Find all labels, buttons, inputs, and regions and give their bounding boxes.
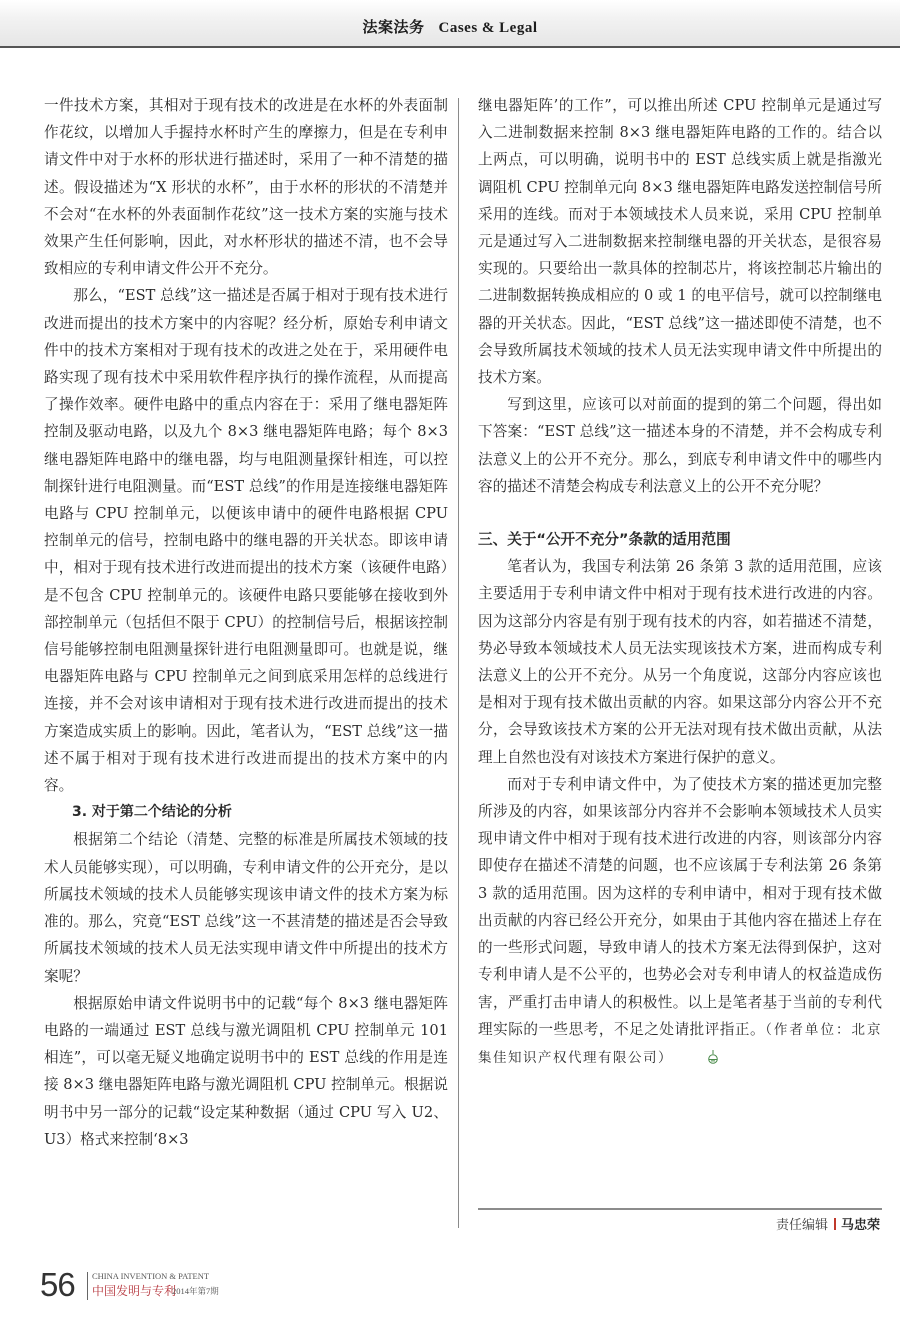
paragraph-final: 而对于专利申请文件中，为了使技术方案的描述更加完整所涉及的内容，如果该部分内容并… bbox=[478, 771, 882, 1072]
page-number: 56 bbox=[40, 1268, 75, 1302]
journal-issue: 2014年第7期 bbox=[172, 1285, 219, 1297]
paragraph-text: 而对于专利申请文件中，为了使技术方案的描述更加完整所涉及的内容，如果该部分内容并… bbox=[478, 776, 882, 1038]
editor-name: 马忠荣 bbox=[841, 1218, 880, 1233]
editor-separator-bar bbox=[834, 1218, 836, 1230]
paragraph: 笔者认为，我国专利法第 26 条第 3 款的适用范围，应该主要适用于专利申请文件… bbox=[478, 553, 882, 771]
section-title: 法案法务Cases & Legal bbox=[0, 16, 900, 37]
journal-name-en: CHINA INVENTION & PATENT bbox=[92, 1271, 209, 1281]
paragraph: 那么，“EST 总线”这一描述是否属于相对于现有技术进行改进而提出的技术方案中的… bbox=[44, 282, 448, 799]
editor-divider bbox=[478, 1208, 882, 1210]
footer-divider bbox=[87, 1272, 88, 1300]
section-heading: 三、关于“公开不充分”条款的适用范围 bbox=[478, 526, 882, 553]
right-column: 继电器矩阵’的工作”，可以推出所述 CPU 控制单元是通过写入二进制数据来控制 … bbox=[478, 92, 882, 1072]
page-header: 法案法务Cases & Legal bbox=[0, 0, 900, 48]
paragraph: 根据原始申请文件说明书中的记载“每个 8×3 继电器矩阵电路的一端通过 EST … bbox=[44, 990, 448, 1153]
responsible-editor: 责任编辑马忠荣 bbox=[776, 1214, 880, 1233]
journal-name-cn: 中国发明与专利 bbox=[92, 1282, 176, 1299]
end-mark-icon bbox=[677, 1046, 691, 1060]
paragraph: 一件技术方案，其相对于现有技术的改进是在水杯的外表面制作花纹，以增加人手握持水杯… bbox=[44, 92, 448, 282]
paragraph: 写到这里，应该可以对前面的提到的第二个问题，得出如下答案：“EST 总线”这一描… bbox=[478, 391, 882, 500]
section-title-en: Cases & Legal bbox=[439, 20, 538, 36]
paragraph: 根据第二个结论（清楚、完整的标准是所属技术领域的技术人员能够实现），可以明确，专… bbox=[44, 826, 448, 989]
section-title-cn: 法案法务 bbox=[362, 18, 424, 36]
left-column: 一件技术方案，其相对于现有技术的改进是在水杯的外表面制作花纹，以增加人手握持水杯… bbox=[44, 92, 448, 1153]
paragraph: 继电器矩阵’的工作”，可以推出所述 CPU 控制单元是通过写入二进制数据来控制 … bbox=[478, 92, 882, 391]
editor-label: 责任编辑 bbox=[776, 1218, 828, 1233]
column-divider bbox=[458, 98, 459, 1228]
subheading: 3. 对于第二个结论的分析 bbox=[44, 799, 448, 826]
